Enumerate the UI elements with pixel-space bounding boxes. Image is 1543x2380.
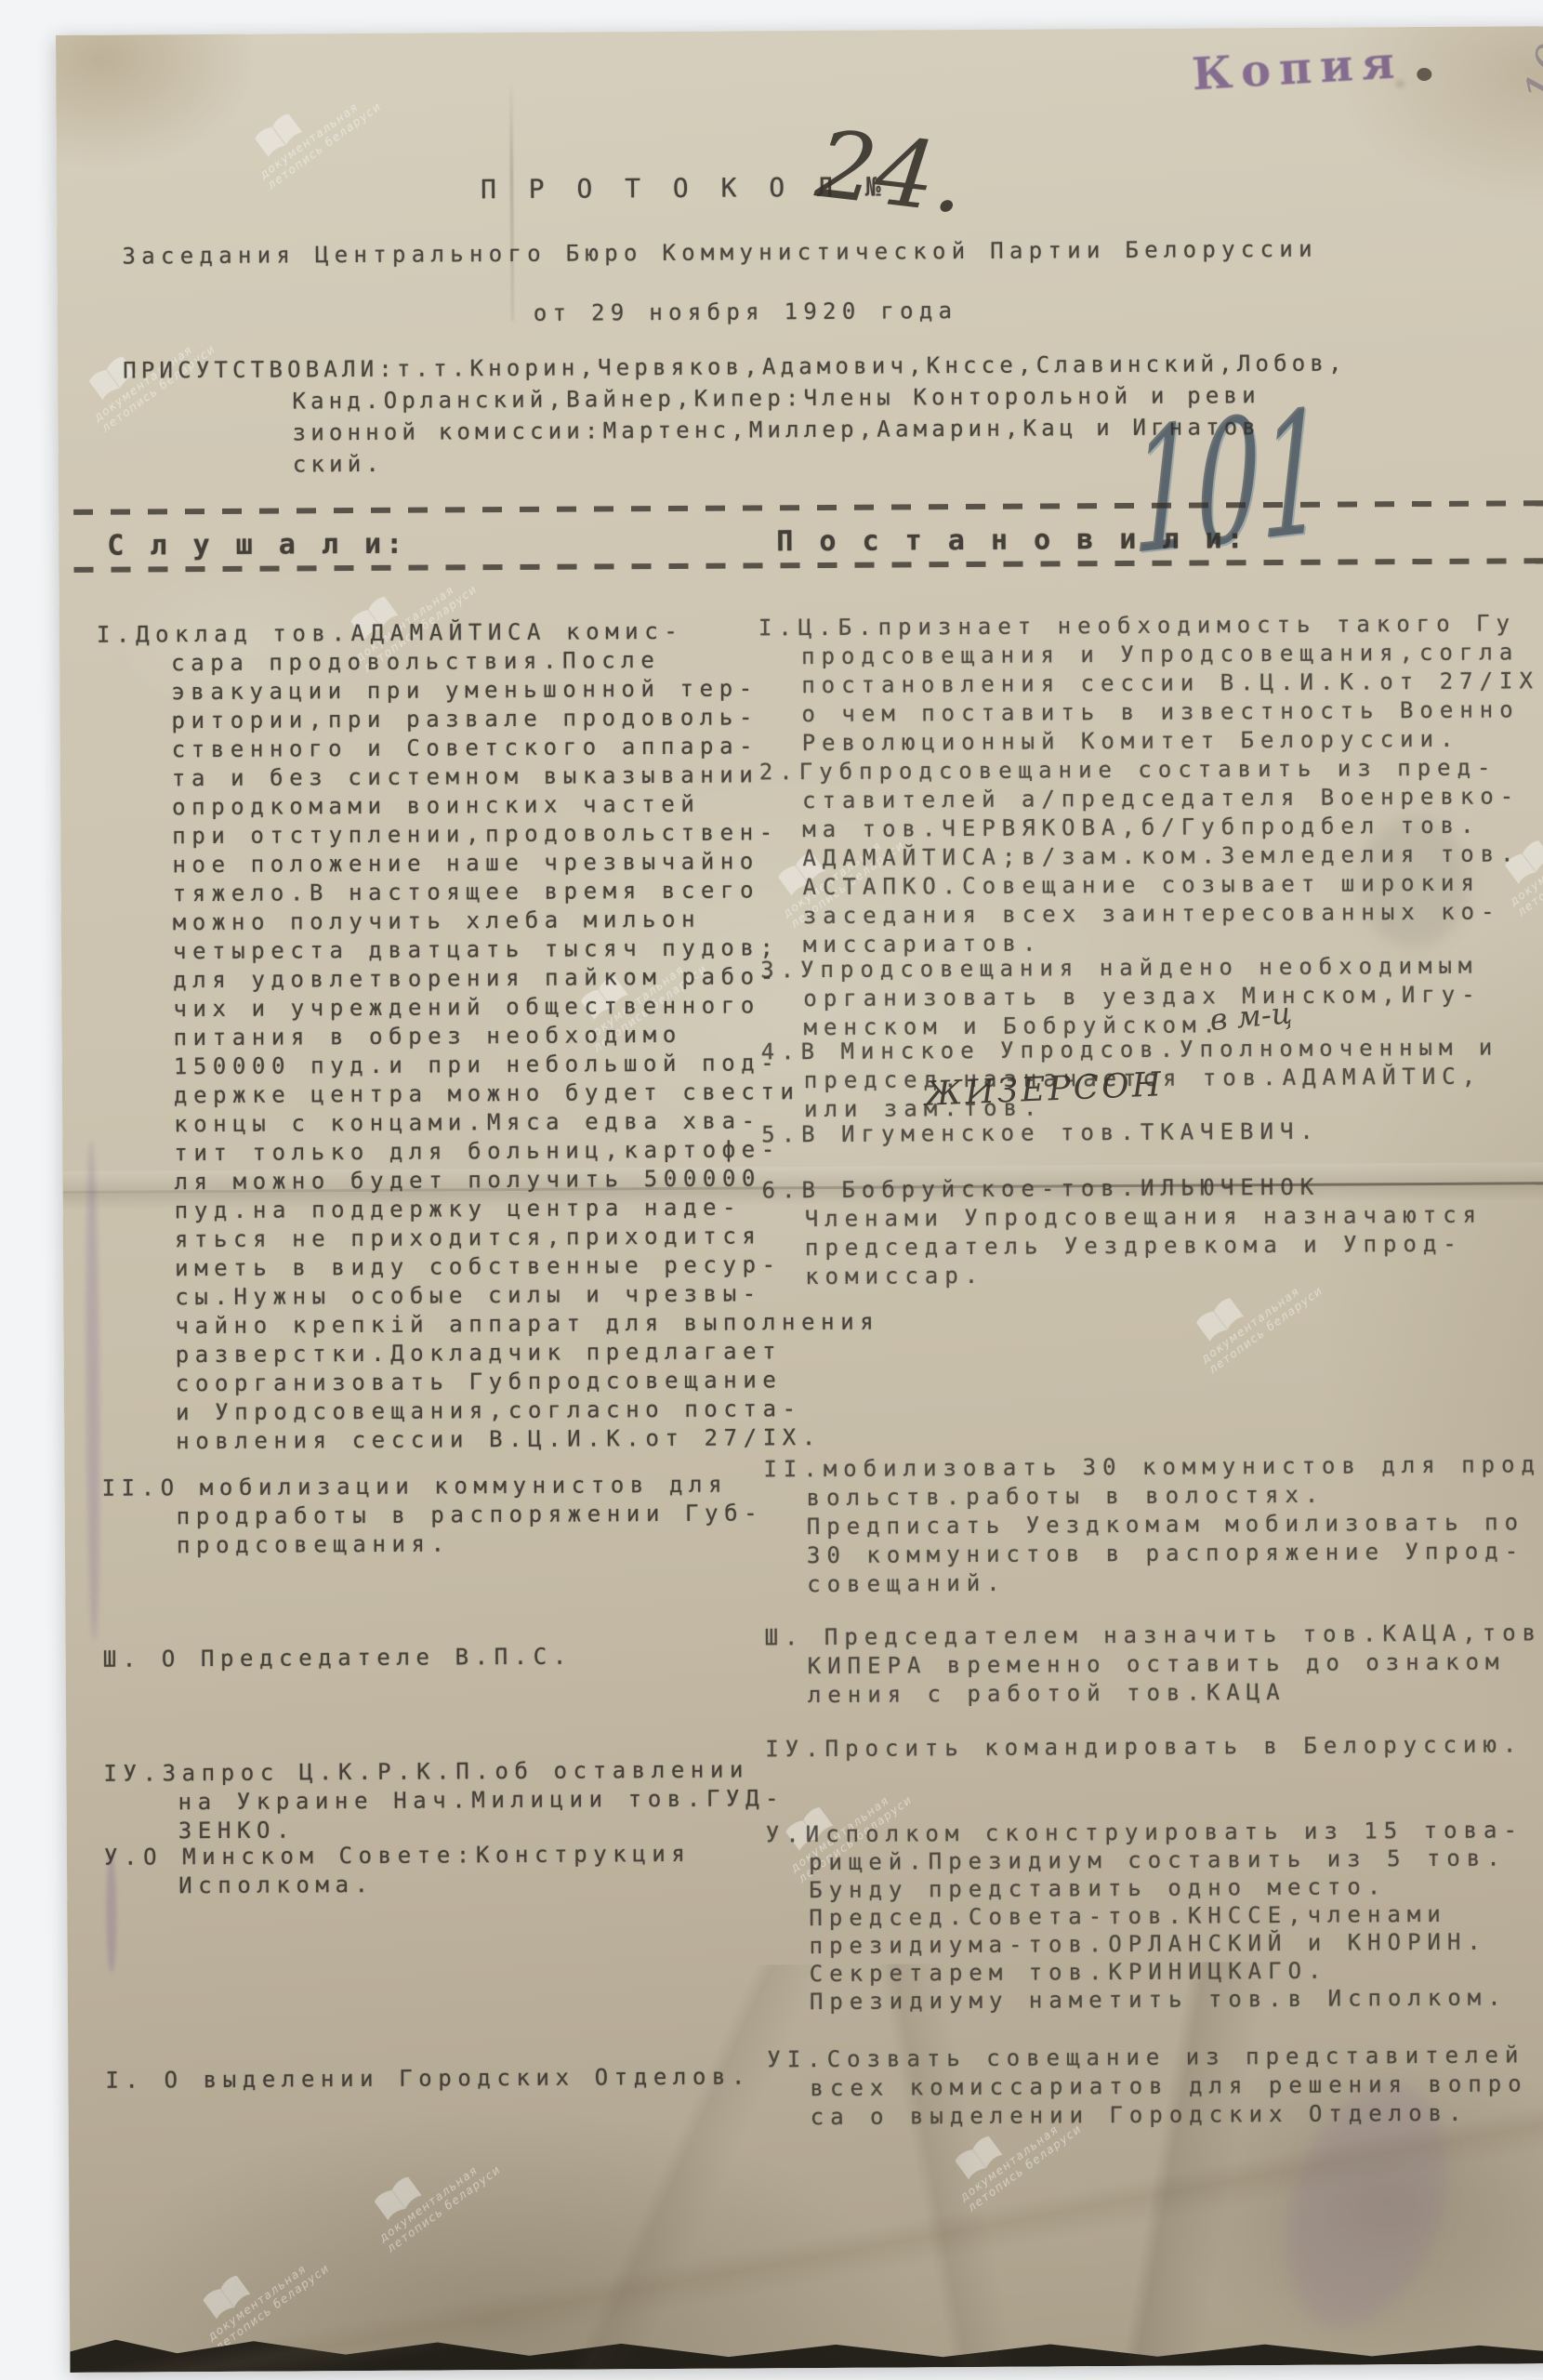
watermark-text: летопись беларуси [385,2162,504,2254]
column-header-postanovili: П о с т а н о в и л и: [776,522,1248,558]
paper-sheet: документальная летопись беларуси докумен… [56,26,1543,2373]
watermark-text: летопись беларуси [1207,1284,1325,1376]
resolution-item-1: I.Ц.Б.признает необходимость такого Гу п… [758,608,1543,758]
resolution-item-10: У.Исполком сконструировать из 15 това- р… [766,1815,1543,2016]
watermark-text: летопись беларуси [213,2261,332,2353]
watermark-text: летопись беларуси [965,2122,1084,2214]
ink-spot [1417,68,1431,81]
open-book-icon [369,2171,429,2226]
column-header-slushali: С л у ш а л и: [107,528,407,562]
archive-watermark: документальная летопись беларуси [358,2127,503,2255]
copy-stamp: Копия [1191,36,1405,100]
watermark-text: документальная [257,89,376,181]
watermark-text: летопись беларуси [265,99,384,192]
open-book-icon [1191,1292,1250,1347]
document-subtitle: Заседания Центрального Бюро Коммунистиче… [122,236,1318,270]
document-scan: документальная летопись беларуси докумен… [0,0,1543,2380]
resolution-item-4: 4.В Минское Упродсов.Уполномоченным и пр… [761,1032,1543,1124]
resolution-item-9: IУ.Просить командировать в Белоруссию. [765,1729,1543,1764]
resolution-item-5: 5.В Игуменское тов.ТКАЧЕВИЧ. [761,1115,1543,1149]
archive-watermark: документальная летопись беларуси [187,2226,332,2354]
resolution-item-11: УI.Созвать совещание из представителей в… [767,2040,1543,2132]
date-line: от 29 ноября 1920 года [534,297,958,326]
open-book-icon [949,2131,1009,2186]
open-book-icon [249,108,309,163]
open-book-icon [197,2269,257,2324]
resolution-item-6: 6.В Бобруйское-тов.ИЛЬЮЧЕНОК Членами Упр… [762,1170,1543,1291]
resolution-item-3: 3.Упродсовещания найдено необходимым орг… [760,950,1543,1042]
pencil-streak [85,1140,100,1642]
resolution-item-2: 2.Губпродсовещание составить из пред- ст… [759,752,1543,959]
attendees-list: ПРИСУТСТВОВАЛИ:т.т.Кнорин,Червяков,Адамо… [123,346,1543,482]
archive-watermark: документальная летопись беларуси [239,63,384,192]
corner-page-number: 101 [1513,26,1543,112]
watermark-text: документальная [205,2251,324,2343]
watermark-text: документальная [376,2152,495,2244]
resolution-item-7: II.мобилизовать 30 коммунистов для прод … [763,1449,1543,1599]
resolution-item-8: Ш. Председателем назначить тов.КАЦА,тов … [764,1618,1543,1710]
torn-paper-edge [70,2317,1543,2373]
document-title: П Р О Т О К О Л № [481,172,890,205]
